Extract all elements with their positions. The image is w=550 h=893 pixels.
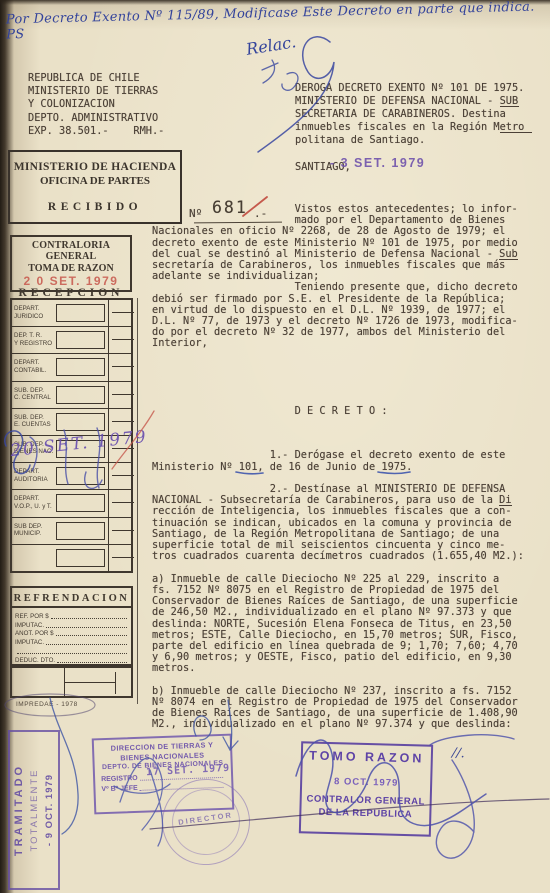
hacienda-stamp-recibido: RECIBIDO	[48, 201, 142, 213]
tramitado-date: - 9 OCT. 1979	[44, 774, 55, 846]
routing-row-juridico: DEPART. JURIDICO	[12, 300, 131, 327]
refrendacion-row-imputac1: IMPUTAC.	[15, 620, 128, 629]
refrendacion-title-box: REFRENDACION	[10, 586, 133, 608]
totalmente-tramitado-stamp: TRAMITADO TOTALMENTE - 9 OCT. 1979	[8, 730, 60, 890]
tomo-razon-date: 8 OCT. 1979	[302, 775, 430, 789]
refrendacion-row-deduc: DEDUC. DTO.	[15, 655, 128, 664]
refrendacion-row-blank	[15, 646, 128, 655]
handwritten-page-mark: //.	[451, 746, 465, 762]
totalmente-word: TOTALMENTE	[29, 769, 40, 852]
form-footer-box	[10, 666, 133, 698]
routing-row-municip: SUB DEP. MUNICIP.	[12, 518, 131, 545]
routing-row-vop: DEPART. V.O.P., U. y T.	[12, 490, 131, 517]
signature-contralor-tail	[430, 735, 514, 858]
refrendacion-row-anot-por: ANOT. POR $	[15, 629, 128, 638]
contraloria-header-box: CONTRALORIA GENERAL TOMA DE RAZON 2 0 SE…	[10, 235, 132, 292]
date-stamp-santiago: - 3 SET. 1979	[330, 156, 425, 170]
routing-row-registro: DEP. T. R. Y REGISTRO	[12, 327, 131, 354]
scanned-decree-page: Por Decreto Exento Nº 115/89, Modificase…	[0, 0, 550, 893]
hacienda-stamp-line1: MINISTERIO DE HACIENDA	[14, 161, 177, 173]
contraloria-title: CONTRALORIA GENERAL	[12, 240, 130, 262]
decree-subject-summary: DEROGA DECRETO EXENTO Nº 101 DE 1975. MI…	[295, 82, 524, 147]
routing-row-auditoria: DEPART. AUDITORIA	[12, 463, 131, 490]
contraloria-date-stamp: 2 0 SET. 1979	[12, 274, 130, 288]
routing-row-contabil: DEPART. CONTABIL.	[12, 354, 131, 381]
form-outer-rule	[137, 298, 138, 704]
agency-letterhead: REPUBLICA DE CHILE MINISTERIO DE TIERRAS…	[28, 72, 164, 138]
tramitado-word: TRAMITADO	[13, 764, 25, 856]
routing-row-empty	[12, 545, 131, 571]
contralor-general-line: CONTRALOR GENERAL	[302, 793, 430, 807]
form-imprint: IMPREDAE - 1978	[16, 701, 78, 708]
refrendacion-fields-box: REF. POR $ IMPUTAC. ANOT. POR $ IMPUTAC.…	[10, 608, 133, 666]
routing-row-c-central: SUB. DEP. C. CENTRAL	[12, 382, 131, 409]
de-la-republica-line: DE LA REPUBLICA	[301, 806, 429, 820]
contraloria-subtitle: TOMA DE RAZON	[12, 263, 130, 274]
tomo-razon-stamp: TOMO RAZON 8 OCT. 1979 CONTRALOR GENERAL…	[299, 741, 433, 836]
tomo-razon-title: TOMO RAZON	[303, 748, 431, 765]
decree-body-text: Vistos estos antecedentes; lo infor- mad…	[152, 204, 524, 731]
refrendacion-row-ref-por: REF. POR $	[15, 611, 128, 620]
hacienda-stamp-line2: OFICINA DE PARTES	[40, 175, 150, 187]
refrendacion-row-imputac2: IMPUTAC.	[15, 637, 128, 646]
pen-initials	[262, 60, 298, 90]
